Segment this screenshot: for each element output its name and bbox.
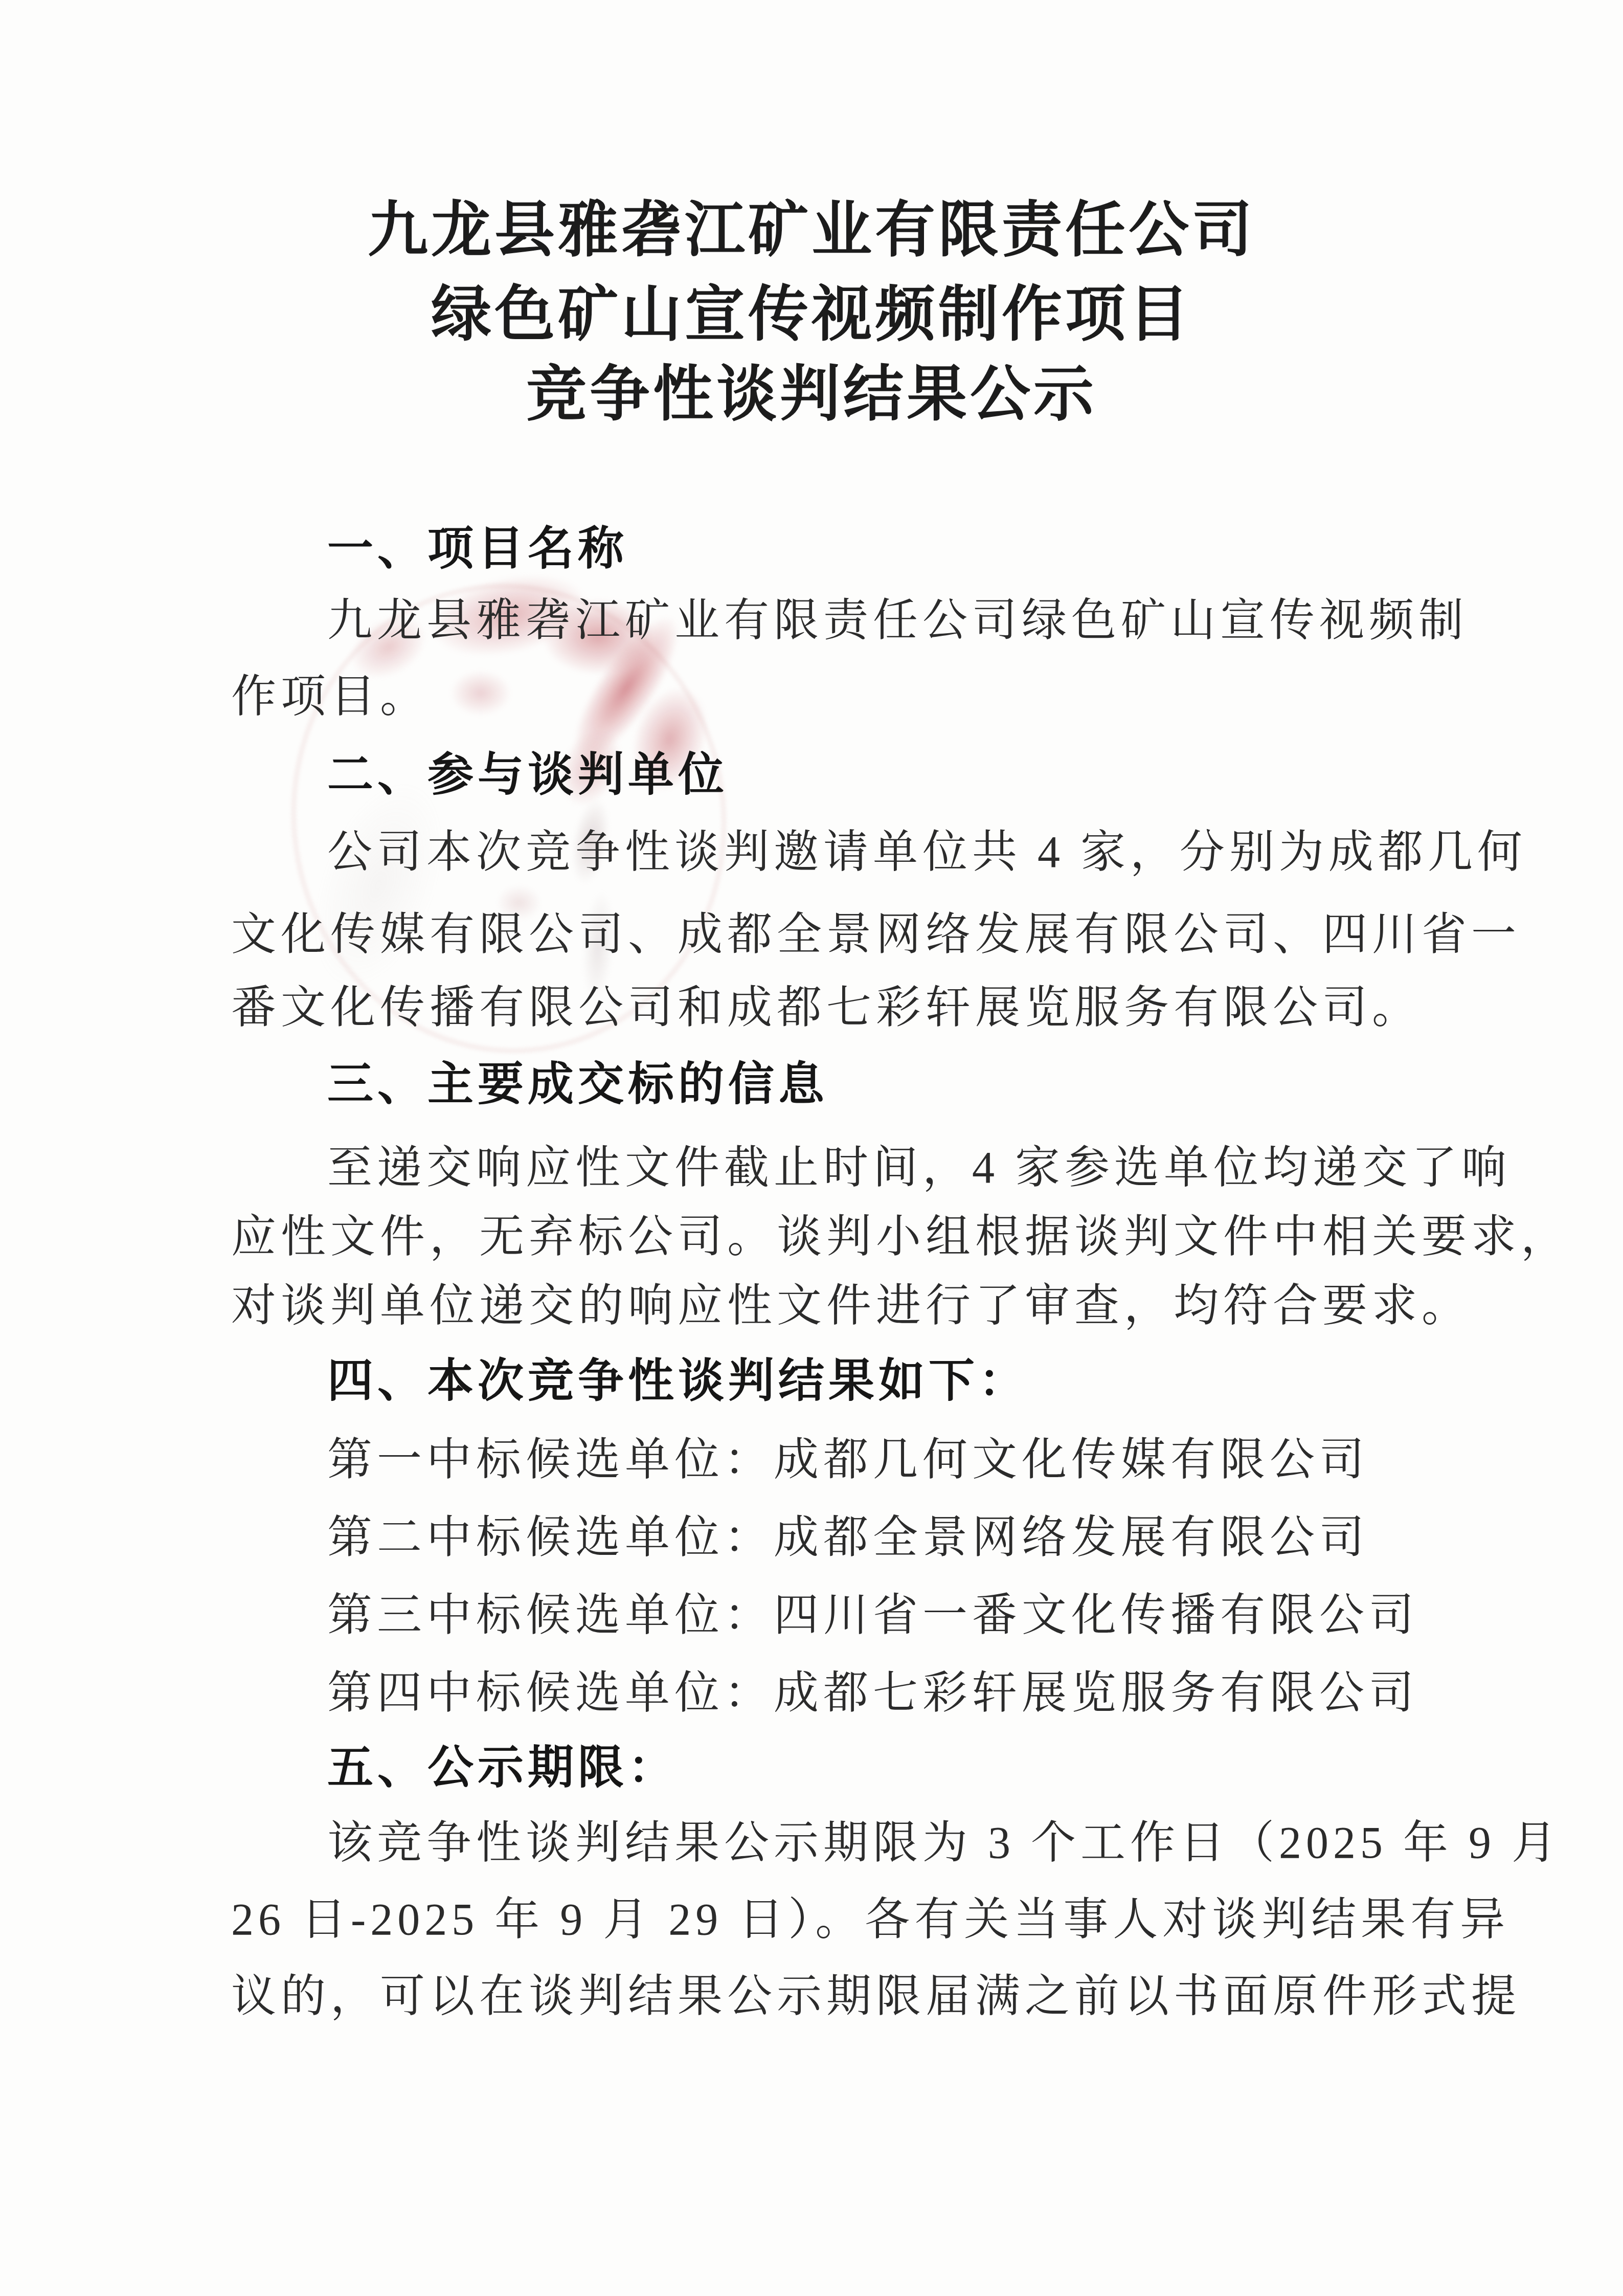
doc-title-line-3: 竞争性谈判结果公示 <box>0 365 1623 425</box>
candidate-item-2: 第二中标候选单位：成都全景网络发展有限公司 <box>327 1515 1369 1561</box>
paragraph-line: 该竞争性谈判结果公示期限为 3 个工作日（2025 年 9 月 <box>327 1821 1561 1866</box>
seal-ink-blot <box>450 670 511 716</box>
section-heading-participants: 二、参与谈判单位 <box>327 752 728 798</box>
candidate-item-3: 第三中标候选单位：四川省一番文化传播有限公司 <box>327 1593 1418 1638</box>
paragraph-line: 对谈判单位递交的响应性文件进行了审查，均符合要求。 <box>231 1284 1471 1329</box>
section-heading-deal-info: 三、主要成交标的信息 <box>327 1061 828 1107</box>
paragraph-line: 至递交响应性文件截止时间，4 家参选单位均递交了响 <box>327 1146 1511 1191</box>
scanned-notice-page: 九龙县雅砻江矿业有限责任公司 绿色矿山宣传视频制作项目 竞争性谈判结果公示 一、… <box>0 0 1623 2296</box>
paragraph-line: 九龙县雅砻江矿业有限责任公司绿色矿山宣传视频制 <box>327 598 1468 643</box>
paragraph-line: 番文化传播有限公司和成都七彩轩展览服务有限公司。 <box>231 986 1422 1031</box>
paragraph-line: 议的，可以在谈判结果公示期限届满之前以书面原件形式提 <box>231 1974 1521 2019</box>
paragraph-line: 文化传媒有限公司、成都全景网络发展有限公司、四川省一 <box>231 912 1521 957</box>
doc-title-line-1: 九龙县雅砻江矿业有限责任公司 <box>0 200 1623 261</box>
paragraph-line: 应性文件，无弃标公司。谈判小组根据谈判文件中相关要求， <box>231 1215 1570 1260</box>
candidate-item-4: 第四中标候选单位：成都七彩轩展览服务有限公司 <box>327 1671 1418 1716</box>
paragraph-line: 26 日-2025 年 9 月 29 日）。各有关当事人对谈判结果有异 <box>231 1898 1509 1943</box>
section-heading-project-name: 一、项目名称 <box>327 526 628 572</box>
candidate-item-1: 第一中标候选单位：成都几何文化传媒有限公司 <box>327 1438 1369 1483</box>
paragraph-line: 作项目。 <box>231 675 430 720</box>
section-heading-results: 四、本次竞争性谈判结果如下： <box>327 1358 1029 1404</box>
paragraph-line: 公司本次竞争性谈判邀请单位共 4 家，分别为成都几何 <box>327 830 1527 875</box>
doc-title-line-2: 绿色矿山宣传视频制作项目 <box>0 285 1623 345</box>
seal-smudge <box>289 765 468 1005</box>
section-heading-publicity-period: 五、公示期限： <box>327 1745 678 1791</box>
